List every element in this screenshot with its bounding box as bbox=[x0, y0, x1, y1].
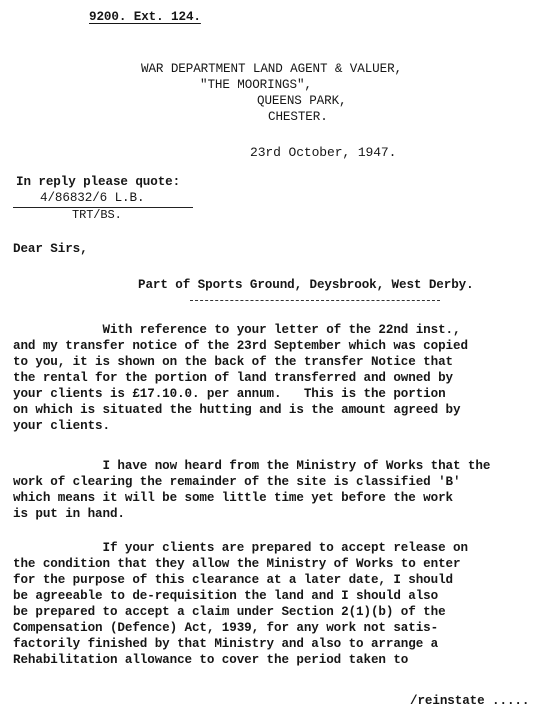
continuation-catchword: /reinstate ..... bbox=[410, 693, 529, 709]
sender-line-1: WAR DEPARTMENT LAND AGENT & VALUER, bbox=[141, 61, 402, 77]
body-paragraph-3: If your clients are prepared to accept r… bbox=[13, 540, 468, 668]
letter-date: 23rd October, 1947. bbox=[250, 145, 396, 161]
typist-initials: TRT/BS. bbox=[72, 207, 122, 223]
sender-line-4: CHESTER. bbox=[268, 109, 328, 125]
sender-line-3: QUEENS PARK, bbox=[257, 93, 347, 109]
reply-reference: 4/86832/6 L.B. bbox=[40, 190, 144, 206]
subject-line: Part of Sports Ground, Deysbrook, West D… bbox=[138, 277, 474, 293]
salutation: Dear Sirs, bbox=[13, 241, 88, 257]
subject-underline bbox=[190, 300, 440, 301]
reply-label: In reply please quote: bbox=[16, 174, 180, 190]
sender-line-2: "THE MOORINGS", bbox=[200, 77, 312, 93]
file-reference: 9200. Ext. 124. bbox=[89, 9, 201, 25]
body-paragraph-1: With reference to your letter of the 22n… bbox=[13, 322, 468, 434]
body-paragraph-2: I have now heard from the Ministry of Wo… bbox=[13, 458, 490, 522]
